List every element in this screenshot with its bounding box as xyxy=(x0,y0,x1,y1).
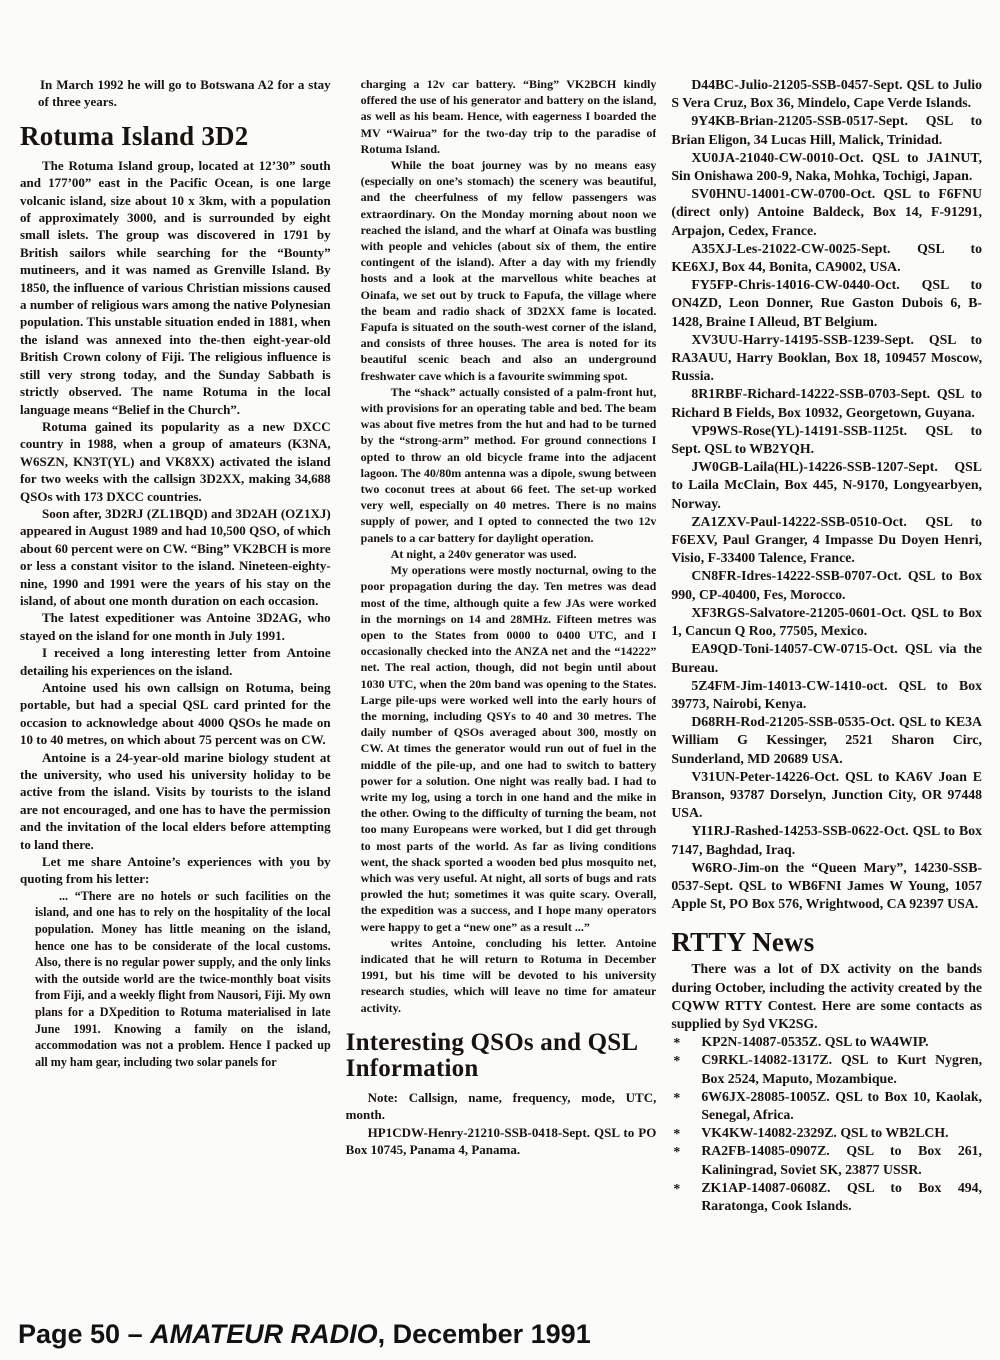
qsl-entry: CN8FR-Idres-14222-SSB-0707-Oct. QSL to B… xyxy=(671,567,982,603)
rtty-item-text: 6W6JX-28085-1005Z. QSL to Box 10, Kaolak… xyxy=(701,1089,982,1122)
letter-quote-paragraph: ... “There are no hotels or such facilit… xyxy=(35,888,331,1071)
qsl-entry: FY5FP-Chris-14016-CW-0440-Oct. QSL to ON… xyxy=(671,276,982,331)
qsl-entry: V31UN-Peter-14226-Oct. QSL to KA6V Joan … xyxy=(671,768,982,823)
asterisk-bullet: * xyxy=(673,1052,680,1070)
qsl-entry: D68RH-Rod-21205-SSB-0535-Oct. QSL to KE3… xyxy=(671,713,982,768)
qsl-note-paragraph: Note: Callsign, name, frequency, mode, U… xyxy=(346,1089,657,1124)
qsl-entry: JW0GB-Laila(HL)-14226-SSB-1207-Sept. QSL… xyxy=(671,458,982,513)
qsl-entry: 8R1RBF-Richard-14222-SSB-0703-Sept. QSL … xyxy=(671,385,982,421)
rtty-item-text: KP2N-14087-0535Z. QSL to WA4WIP. xyxy=(701,1034,928,1049)
asterisk-bullet: * xyxy=(673,1089,680,1107)
qsl-entry: W6RO-Jim-on the “Queen Mary”, 14230-SSB-… xyxy=(671,859,982,914)
column-left: In March 1992 he will go to Botswana A2 … xyxy=(20,76,331,1326)
heading-rotuma-island: Rotuma Island 3D2 xyxy=(20,122,331,150)
heading-interesting-qsos: Interesting QSOs and QSL Information xyxy=(346,1030,657,1082)
rtty-list-item: *VK4KW-14082-2329Z. QSL to WB2LCH. xyxy=(671,1124,982,1142)
body-paragraph: The Rotuma Island group, located at 12’3… xyxy=(20,157,331,418)
asterisk-bullet: * xyxy=(673,1143,680,1161)
rtty-item-text: ZK1AP-14087-0608Z. QSL to Box 494, Rarat… xyxy=(701,1180,982,1213)
qsl-entry: XF3RGS-Salvatore-21205-0601-Oct. QSL to … xyxy=(671,604,982,640)
magazine-page: In March 1992 he will go to Botswana A2 … xyxy=(0,0,1000,1360)
body-paragraph: Soon after, 3D2RJ (ZL1BQD) and 3D2AH (OZ… xyxy=(20,505,331,609)
intro-paragraph: In March 1992 he will go to Botswana A2 … xyxy=(38,76,331,111)
page-footer: Page 50 – AMATEUR RADIO, December 1991 xyxy=(18,1319,591,1350)
rtty-item-text: VK4KW-14082-2329Z. QSL to WB2LCH. xyxy=(701,1125,948,1140)
qsl-entry: EA9QD-Toni-14057-CW-0715-Oct. QSL via th… xyxy=(671,640,982,676)
footer-page-number: Page 50 – xyxy=(18,1319,150,1349)
rtty-item-text: C9RKL-14082-1317Z. QSL to Kurt Nygren, B… xyxy=(701,1052,982,1085)
rtty-list-item: *ZK1AP-14087-0608Z. QSL to Box 494, Rara… xyxy=(671,1179,982,1215)
heading-rtty-news: RTTY News xyxy=(671,929,982,955)
asterisk-bullet: * xyxy=(673,1180,680,1198)
qsl-entry: 5Z4FM-Jim-14013-CW-1410-oct. QSL to Box … xyxy=(671,677,982,713)
body-paragraph: Let me share Antoine’s experiences with … xyxy=(20,853,331,888)
rtty-list-item: *KP2N-14087-0535Z. QSL to WA4WIP. xyxy=(671,1033,982,1051)
qsl-entry: VP9WS-Rose(YL)-14191-SSB-1125t. QSL to S… xyxy=(671,422,982,458)
letter-quote-paragraph: At night, a 240v generator was used. xyxy=(361,546,657,562)
body-paragraph: I received a long interesting letter fro… xyxy=(20,644,331,679)
column-right: D44BC-Julio-21205-SSB-0457-Sept. QSL to … xyxy=(671,76,982,1341)
asterisk-bullet: * xyxy=(673,1034,680,1052)
letter-quote-paragraph: charging a 12v car battery. “Bing” VK2BC… xyxy=(361,76,657,157)
body-paragraph: Antoine is a 24-year-old marine biology … xyxy=(20,749,331,853)
asterisk-bullet: * xyxy=(673,1125,680,1143)
footer-date: , December 1991 xyxy=(378,1319,591,1349)
qsl-entry: XU0JA-21040-CW-0010-Oct. QSL to JA1NUT, … xyxy=(671,149,982,185)
footer-magazine-title: AMATEUR RADIO xyxy=(150,1319,377,1349)
rtty-item-text: RA2FB-14085-0907Z. QSL to Box 261, Kalin… xyxy=(701,1143,982,1176)
qsl-entry: D44BC-Julio-21205-SSB-0457-Sept. QSL to … xyxy=(671,76,982,112)
qsl-entry: A35XJ-Les-21022-CW-0025-Sept. QSL to KE6… xyxy=(671,240,982,276)
qsl-entry: XV3UU-Harry-14195-SSB-1239-Sept. QSL to … xyxy=(671,331,982,386)
body-paragraph: The latest expeditioner was Antoine 3D2A… xyxy=(20,609,331,644)
qsl-entry: 9Y4KB-Brian-21205-SSB-0517-Sept. QSL to … xyxy=(671,112,982,148)
rtty-intro-paragraph: There was a lot of DX activity on the ba… xyxy=(671,960,982,1033)
column-layout: In March 1992 he will go to Botswana A2 … xyxy=(20,76,982,1341)
qsl-entry: HP1CDW-Henry-21210-SSB-0418-Sept. QSL to… xyxy=(346,1124,657,1159)
qsl-entry: YI1RJ-Rashed-14253-SSB-0622-Oct. QSL to … xyxy=(671,822,982,858)
rtty-list-item: *RA2FB-14085-0907Z. QSL to Box 261, Kali… xyxy=(671,1142,982,1178)
body-paragraph: Antoine used his own callsign on Rotuma,… xyxy=(20,679,331,749)
column-center: charging a 12v car battery. “Bing” VK2BC… xyxy=(346,76,657,1331)
letter-closing-paragraph: writes Antoine, concluding his letter. A… xyxy=(361,935,657,1016)
body-paragraph: Rotuma gained its popularity as a new DX… xyxy=(20,418,331,505)
rtty-list-item: *6W6JX-28085-1005Z. QSL to Box 10, Kaola… xyxy=(671,1088,982,1124)
qsl-entry: SV0HNU-14001-CW-0700-Oct. QSL to F6FNU (… xyxy=(671,185,982,240)
rtty-list-item: *C9RKL-14082-1317Z. QSL to Kurt Nygren, … xyxy=(671,1051,982,1087)
letter-quote-paragraph: The “shack” actually consisted of a palm… xyxy=(361,384,657,546)
letter-quote-paragraph: While the boat journey was by no means e… xyxy=(361,157,657,384)
qsl-entry: ZA1ZXV-Paul-14222-SSB-0510-Oct. QSL to F… xyxy=(671,513,982,568)
letter-quote-paragraph: My operations were mostly nocturnal, owi… xyxy=(361,562,657,935)
